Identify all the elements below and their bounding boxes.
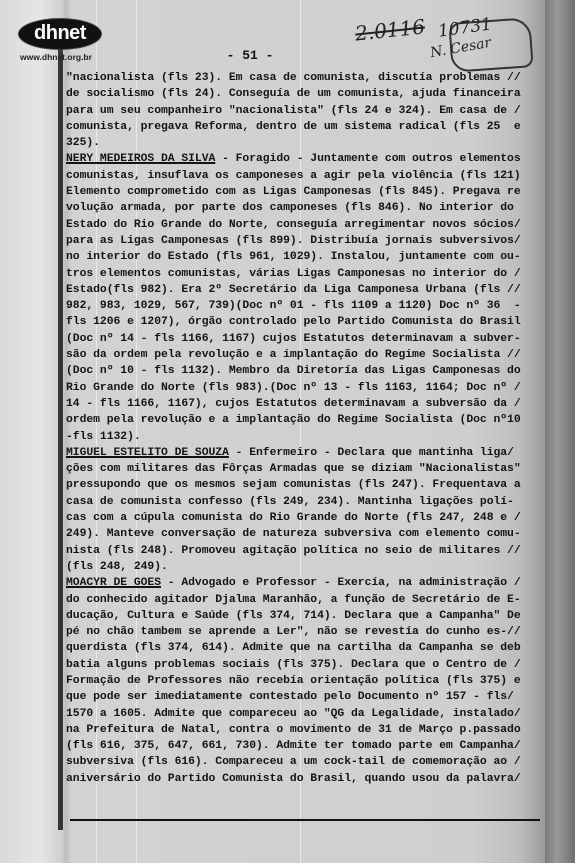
text-line: subversiva (fls 616). Compareceu a um co… (66, 754, 544, 770)
text-line: ducação, Cultura e Saúde (fls 374, 714).… (66, 608, 544, 624)
text-line: (Doc nº 10 - fls 1132). Membro da Direto… (66, 363, 544, 379)
text-line: 14 - fls 1166, 1167), cujos Estatutos de… (66, 396, 544, 412)
person-name: MOACYR DE GOES (66, 577, 161, 589)
text-line: casa de comunista confesso (fls 249, 234… (66, 494, 544, 510)
page-number: - 51 - (220, 48, 280, 63)
text-line: -fls 1132). (66, 429, 544, 445)
page-edge-shadow (545, 0, 575, 863)
text-line: que pode ser imediatamente contestado pe… (66, 689, 544, 705)
text-line: pressupondo que os mesmos sejam comunist… (66, 477, 544, 493)
text-line: (fls 248, 249). (66, 559, 544, 575)
text-line: ordem pela revolução e a implantação do … (66, 412, 544, 428)
text-line: querdista (fls 374, 614). Admite que na … (66, 640, 544, 656)
text-line: aniversário do Partido Comunista do Bras… (66, 771, 544, 787)
text-line: tros elementos comunistas, várias Ligas … (66, 266, 544, 282)
text-line: de socialismo (fls 24). Conseguía de um … (66, 86, 544, 102)
text-line: batia alguns problemas sociais (fls 375)… (66, 657, 544, 673)
person-name: NERY MEDEIROS DA SILVA (66, 153, 215, 165)
person-entry-heading-line: NERY MEDEIROS DA SILVA - Foragido - Junt… (66, 151, 544, 167)
text-line: 249). Manteve conversação de natureza su… (66, 526, 544, 542)
text-line: Estado do Rio Grande do Norte, conseguía… (66, 217, 544, 233)
margin-binding-edge (58, 40, 63, 830)
text-line: fls 1206 e 1207), órgão controlado pelo … (66, 314, 544, 330)
text-line: nista (fls 248). Promoveu agitação polít… (66, 543, 544, 559)
text-line: ções com militares das Fôrças Armadas qu… (66, 461, 544, 477)
text-line: Rio Grande do Norte (fls 983).(Doc nº 13… (66, 380, 544, 396)
text-line: volução armada, por parte dos camponeses… (66, 200, 544, 216)
dhnet-watermark-logo: dhnet (16, 18, 104, 52)
text-line: Estado(fls 982). Era 2º Secretário da Li… (66, 282, 544, 298)
text-line: 325). (66, 135, 544, 151)
text-line: 1570 a 1605. Admite que compareceu ao "Q… (66, 706, 544, 722)
text-line: Formação de Professores não recebía orie… (66, 673, 544, 689)
text-line: do conhecido agitador Djalma Maranhão, a… (66, 592, 544, 608)
text-line: cas com a cúpula comunista do Rio Grande… (66, 510, 544, 526)
text-line: no interior do Estado (fls 961, 1029). I… (66, 249, 544, 265)
text-line: são da ordem pela revolução e a implanta… (66, 347, 544, 363)
typewritten-body-text: "nacionalista (fls 23). Em casa de comun… (66, 70, 544, 787)
person-name: MIGUEL ESTELITO DE SOUZA (66, 447, 229, 459)
text-line: (fls 616, 375, 647, 661, 730). Admite te… (66, 738, 544, 754)
text-line: "nacionalista (fls 23). Em casa de comun… (66, 70, 544, 86)
text-line: Elemento comprometido com as Ligas Campo… (66, 184, 544, 200)
text-line: (Doc nº 14 - fls 1166, 1167) cujos Estat… (66, 331, 544, 347)
text-line: comunista, pregava Reforma, dentro de um… (66, 119, 544, 135)
dhnet-logo-text: dhnet (18, 18, 102, 50)
text-line: para um seu companheiro "nacionalista" (… (66, 103, 544, 119)
bottom-rule-line (70, 819, 540, 821)
text-line: pé no chão tambem se aprende a Ler", não… (66, 624, 544, 640)
text-line: comunistas, insuflava os camponeses a ag… (66, 168, 544, 184)
text-line: para as Ligas Camponesas (fls 899). Dist… (66, 233, 544, 249)
text-line: na Prefeitura de Natal, contra o movimen… (66, 722, 544, 738)
dhnet-url: www.dhnet.org.br (20, 52, 116, 62)
person-entry-heading-line: MIGUEL ESTELITO DE SOUZA - Enfermeiro - … (66, 445, 544, 461)
text-line: 982, 983, 1029, 567, 739)(Doc nº 01 - fl… (66, 298, 544, 314)
person-entry-heading-line: MOACYR DE GOES - Advogado e Professor - … (66, 575, 544, 591)
